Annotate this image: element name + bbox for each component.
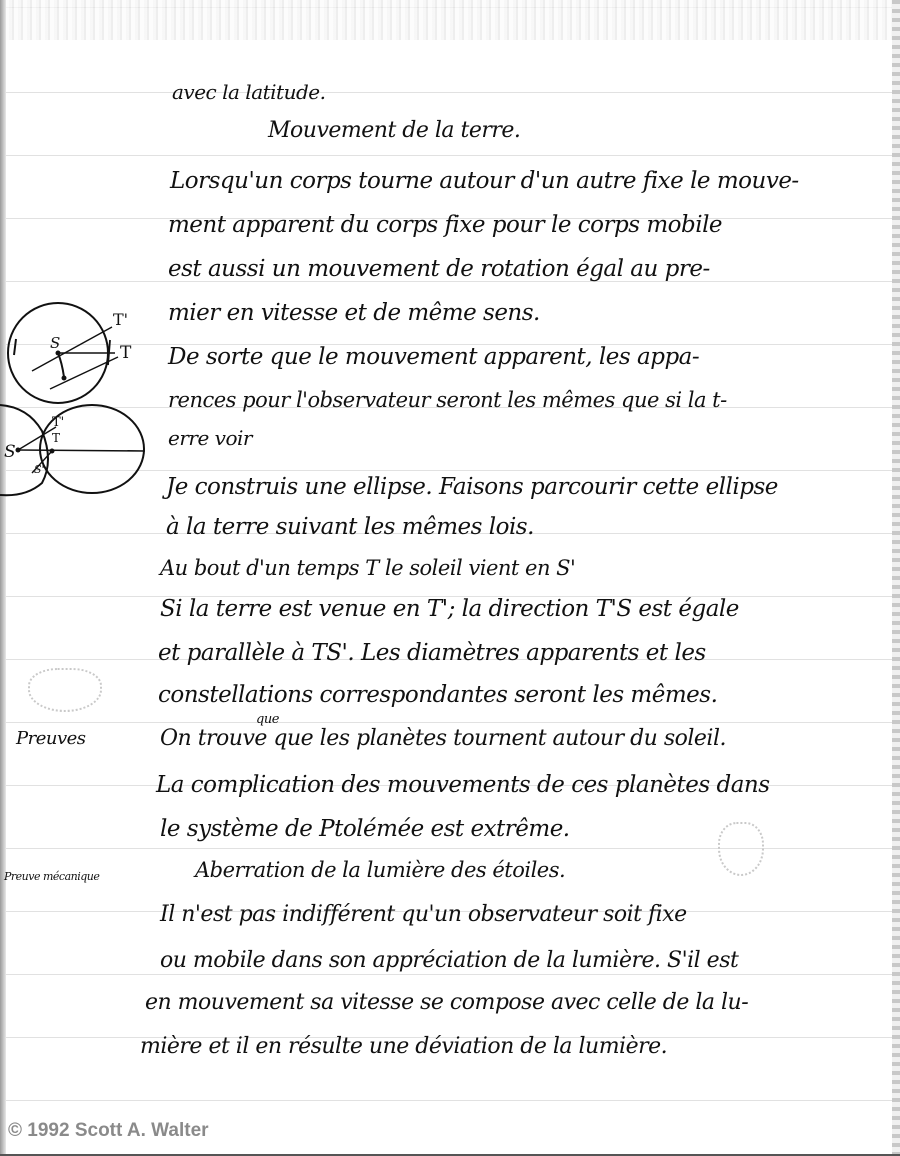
text-line: rences pour l'observateur seront les mêm… <box>168 388 727 412</box>
text-line: mière et il en résulte une déviation de … <box>140 1034 667 1059</box>
text-line: ment apparent du corps fixe pour le corp… <box>168 212 722 238</box>
diagram-label-t-prime: T' <box>113 310 128 329</box>
text-line: Il n'est pas indifférent qu'un observate… <box>160 902 687 927</box>
section-heading: Aberration de la lumière des étoiles. <box>195 858 565 882</box>
page-right-edge <box>892 0 900 1156</box>
diagram-label-t: T <box>120 343 132 363</box>
margin-note: Preuve mécanique <box>4 870 99 883</box>
text-line: On trouve que les planètes tournent auto… <box>160 726 726 751</box>
orbit-ellipse-diagram: S T' T S' <box>0 395 160 500</box>
manuscript-page: avec la latitude. Mouvement de la terre.… <box>0 0 900 1156</box>
text-line: constellations correspondantes seront le… <box>158 682 717 708</box>
text-line: à la terre suivant les mêmes lois. <box>166 514 534 540</box>
text-line: et parallèle à TS'. Les diamètres appare… <box>158 640 706 666</box>
margin-note: Preuves <box>16 728 86 749</box>
text-line: Lorsqu'un corps tourne autour d'un autre… <box>170 168 799 194</box>
diagram-label-s: S <box>50 334 60 352</box>
dotted-stain <box>718 822 764 876</box>
text-line: ou mobile dans son appréciation de la lu… <box>160 948 738 973</box>
text-line: Si la terre est venue en T'; la directio… <box>160 596 739 622</box>
section-heading: Mouvement de la terre. <box>268 118 520 143</box>
diagram-label-s-prime: S' <box>34 463 45 476</box>
text-line: est aussi un mouvement de rotation égal … <box>168 256 710 282</box>
diagram-label-s: S <box>4 442 16 462</box>
diagram-label-t-prime: T' <box>52 415 64 430</box>
page-left-edge <box>0 0 6 1156</box>
text-line: Je construis une ellipse. Faisons parcou… <box>166 474 778 500</box>
copyright-watermark: © 1992 Scott A. Walter <box>8 1120 209 1142</box>
text-line: en mouvement sa vitesse se compose avec … <box>145 990 748 1015</box>
text-line: avec la latitude. <box>172 80 325 104</box>
text-line: De sorte que le mouvement apparent, les … <box>168 344 699 370</box>
text-line: erre voir <box>168 426 252 450</box>
dotted-stain <box>28 668 102 712</box>
text-line: mier en vitesse et de même sens. <box>168 300 540 326</box>
diagram-label-t: T <box>52 431 60 445</box>
text-line: Au bout d'un temps T le soleil vient en … <box>160 556 575 580</box>
text-line: le système de Ptolémée est extrême. <box>160 816 570 842</box>
scan-noise-top <box>0 0 900 40</box>
text-insertion: que <box>256 712 279 727</box>
orbit-circle-diagram: S T' T <box>0 285 140 405</box>
text-line: La complication des mouvements de ces pl… <box>156 772 770 798</box>
